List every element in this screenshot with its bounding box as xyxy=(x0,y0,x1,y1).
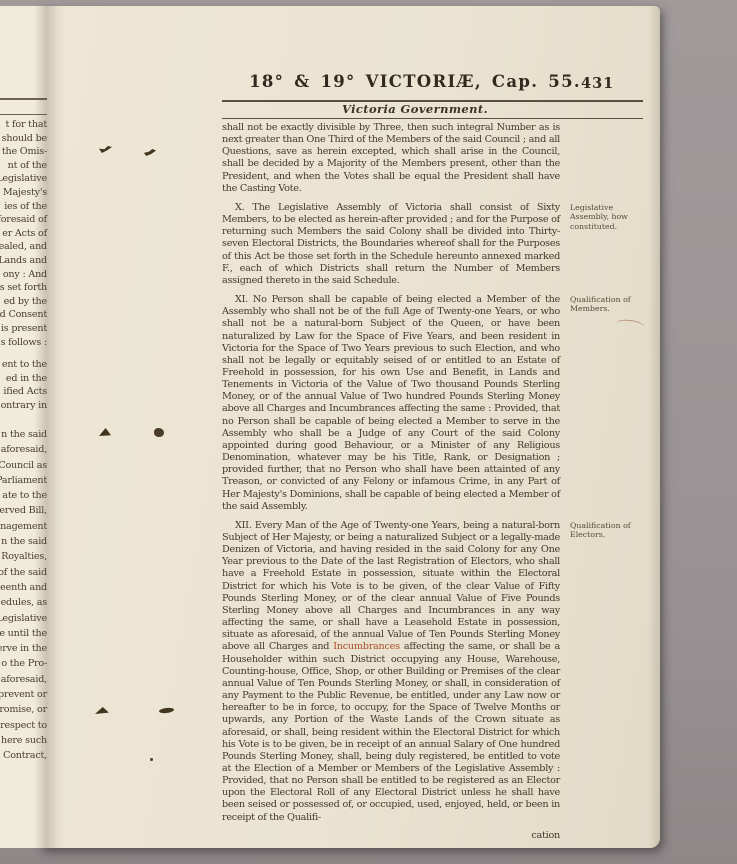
page-title: 18° & 19° VICTORIÆ, Cap. 55. xyxy=(220,72,610,91)
facing-page-edge: t for that should be the Omis- nt of the… xyxy=(0,6,52,848)
subtitle-rule xyxy=(222,118,643,119)
section-xii-highlighted-word: Incumbrances xyxy=(333,641,400,652)
scanned-book-photo: t for that should be the Omis- nt of the… xyxy=(0,0,737,864)
book-page: 18° & 19° VICTORIÆ, Cap. 55. 431 Victori… xyxy=(40,6,660,848)
ink-speck xyxy=(150,758,153,761)
margin-note-qualification-of-electors: Qualification of Electors. xyxy=(570,521,652,540)
facing-page-text-fragment-top: t for that should be the Omis- nt of the… xyxy=(0,118,47,349)
ink-mark xyxy=(154,428,164,437)
facing-page-text-fragment-bottom: n the said aforesaid, Council as Parliam… xyxy=(0,427,47,764)
running-title: Victoria Government. xyxy=(220,102,610,116)
facing-page-subtitle-rule xyxy=(0,114,47,115)
section-xii-text: XII. Every Man of the Age of Twenty-one … xyxy=(222,520,560,824)
facing-page-header-rule xyxy=(0,98,47,100)
section-x-text: X. The Legislative Assembly of Victoria … xyxy=(222,202,560,287)
body-text-column: shall not be exactly divisible by Three,… xyxy=(222,122,560,842)
page-number: 431 xyxy=(581,75,614,92)
facing-page-text-fragment-middle: ent to the ed in the ified Acts ontrary … xyxy=(0,358,47,412)
section-xi: XI. No Person shall be capable of being … xyxy=(222,294,560,513)
catchword: cation xyxy=(222,830,560,842)
paragraph-continuation: shall not be exactly divisible by Three,… xyxy=(222,122,560,195)
section-xii-text-start: XII. Every Man of the Age of Twenty-one … xyxy=(222,520,560,653)
section-xii: XII. Every Man of the Age of Twenty-one … xyxy=(222,520,560,842)
margin-note-legislative-assembly: Legislative Assembly, how constituted. xyxy=(570,203,652,231)
section-xii-text-end: affecting the same, or shall be a Househ… xyxy=(222,641,560,822)
margin-note-qualification-of-members: Qualification of Members. xyxy=(570,295,652,314)
section-x: X. The Legislative Assembly of Victoria … xyxy=(222,202,560,287)
section-xi-text: XI. No Person shall be capable of being … xyxy=(222,294,560,513)
